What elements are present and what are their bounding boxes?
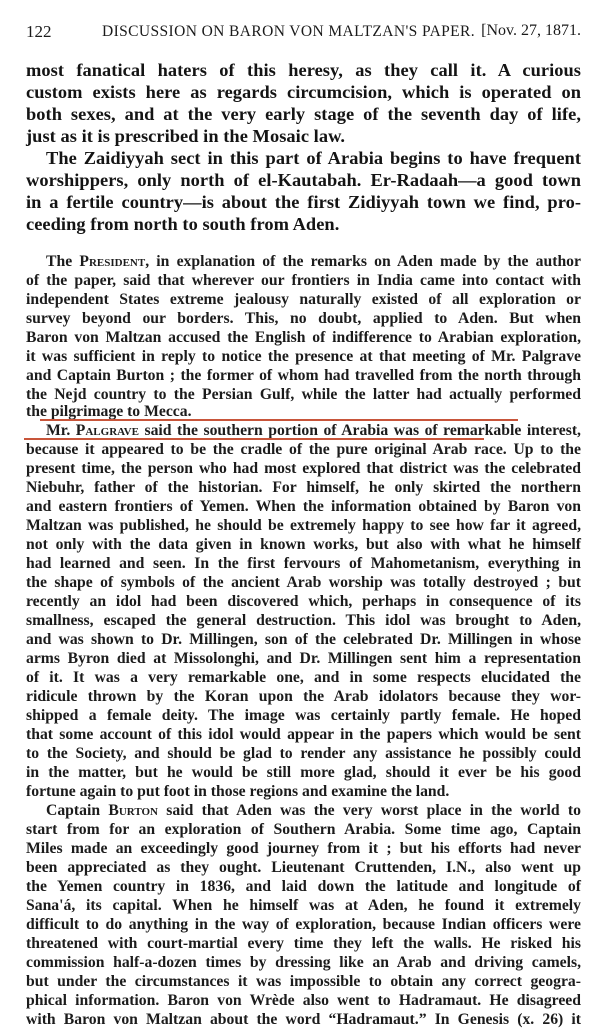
text-line: of the paper, said that wherever our fro…	[26, 271, 581, 290]
text-line: been appreciated as they ought. Lieutena…	[26, 858, 581, 877]
red-underline-annotation	[40, 419, 518, 421]
text-line: just as it is prescribed in the Mosaic l…	[26, 125, 581, 147]
text-line: because it appeared to be the cradle of …	[26, 440, 581, 459]
text-line: in a fertile country—is about the first …	[26, 191, 581, 213]
text-line: difficult to do anything in the way of e…	[26, 915, 581, 934]
text-line: Baron von Maltzan accused the English of…	[26, 328, 581, 347]
text-line: and was shown to Dr. Millingen, son of t…	[26, 630, 581, 649]
text-line: Miles made an exceedingly good journey f…	[26, 839, 581, 858]
text-line: in the matter, but he would be still mor…	[26, 763, 581, 782]
text-line: the Yemen country in 1836, and laid down…	[26, 877, 581, 896]
text-line: ceeding from north to south from Aden.	[26, 213, 581, 235]
text-line: independent States extreme jealousy natu…	[26, 290, 581, 309]
text-line: shipped a female deity. The image was ce…	[26, 706, 581, 725]
text-line: of it. It was a very remarkable one, and…	[26, 668, 581, 687]
header-date: [Nov. 27, 1871.	[481, 22, 581, 40]
running-header: 122 DISCUSSION ON BARON VON MALTZAN'S PA…	[26, 22, 581, 42]
speaker-name: President	[79, 253, 145, 270]
text-line: Niebuhr, father of the historian. For hi…	[26, 478, 581, 497]
text-line: smallness, escaped the general destructi…	[26, 611, 581, 630]
running-title: DISCUSSION ON BARON VON MALTZAN'S PAPER.	[102, 23, 475, 41]
text-line: worshippers, only north of el-Kautabah. …	[26, 169, 581, 191]
document-page: 122 DISCUSSION ON BARON VON MALTZAN'S PA…	[0, 0, 600, 1031]
page-number: 122	[26, 22, 52, 42]
text-line: not only with the data given in known wo…	[26, 535, 581, 554]
text-line: threatened with court-martial every time…	[26, 934, 581, 953]
text-line: arms Byron died at Missolonghi, and Dr. …	[26, 649, 581, 668]
text-line: most fanatical haters of this heresy, as…	[26, 59, 581, 81]
text-line: Sana'á, its capital. When he himself was…	[26, 896, 581, 915]
text-line: present time, the person who had most ex…	[26, 459, 581, 478]
speaker-name: Palgrave	[76, 422, 139, 439]
speaker-name: Burton	[108, 802, 158, 819]
text-line: it was sufficient in reply to notice the…	[26, 347, 581, 366]
text-line: and eastern frontiers of Yemen. When the…	[26, 497, 581, 516]
text-line: survey beyond our borders. This, no doub…	[26, 309, 581, 328]
text-line: ridicule thrown by the Koran upon the Ar…	[26, 687, 581, 706]
text-line: but under the circumstances it was impos…	[26, 972, 581, 991]
text-line: Captain Burton said that Aden was the ve…	[46, 801, 581, 820]
text-line: that some account of this idol would app…	[26, 725, 581, 744]
text-line: the shape of symbols of the ancient Arab…	[26, 573, 581, 592]
red-underline-annotation	[24, 438, 484, 440]
text-line: both sexes, and at the very early stage …	[26, 103, 581, 125]
text-line: recently an idol had been discovered whi…	[26, 592, 581, 611]
text-line: start from for an exploration of Souther…	[26, 820, 581, 839]
text-line: Maltzan was published, he should be extr…	[26, 516, 581, 535]
text-line: custom exists here as regards circumcisi…	[26, 81, 581, 103]
text-line: fortune again to put foot in those regio…	[26, 782, 581, 801]
text-line: commission half-a-dozen times by dressin…	[26, 953, 581, 972]
text-line: The Zaidiyyah sect in this part of Arabi…	[46, 147, 581, 169]
text-line: had learned and seen. In the first fervo…	[26, 554, 581, 573]
text-line: The President, in explanation of the rem…	[46, 252, 581, 271]
text-line: and Captain Burton ; the former of whom …	[26, 366, 581, 385]
text-line: with Baron von Maltzan about the word “H…	[26, 1010, 581, 1029]
text-line: to the Society, and should be glad to re…	[26, 744, 581, 763]
text-line: phical information. Baron von Wrède also…	[26, 991, 581, 1010]
